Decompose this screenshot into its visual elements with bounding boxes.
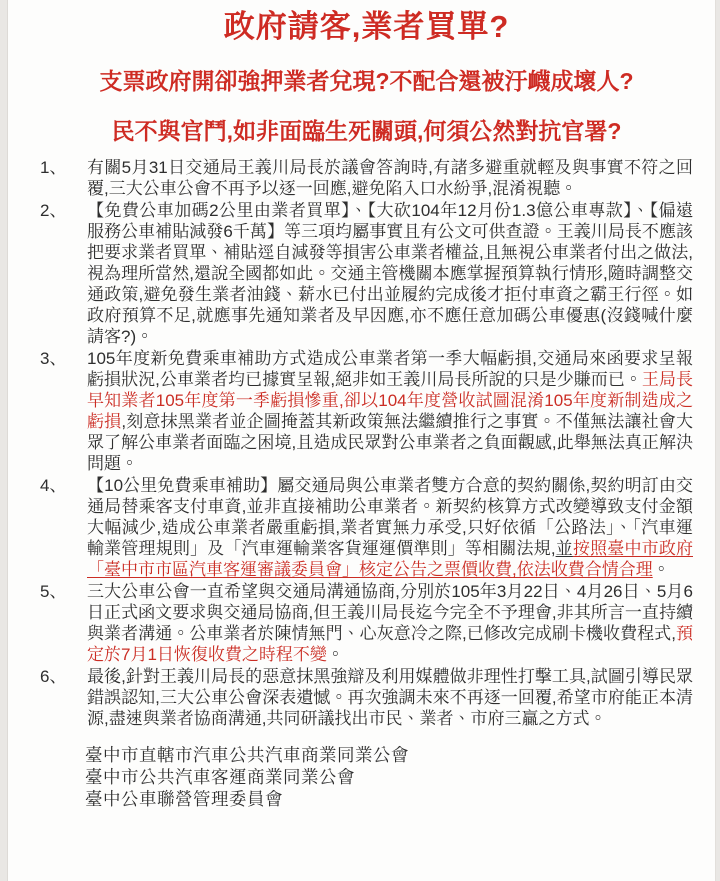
signature-association-2: 臺中市公共汽車客運商業同業公會 (85, 766, 693, 788)
item-text: 105年度新免費乘車補助方式造成公車業者第一季大幅虧損,交通局來函要求呈報虧損狀… (87, 347, 693, 474)
document-content: 政府請客,業者買單? 支票政府開卻強押業者兌現?不配合還被汙衊成壞人? 民不與官… (0, 0, 720, 810)
statement-list: 1、 有關5月31日交通局王義川局長於議會答詢時,有諸多避重就輕及與事實不符之回… (40, 156, 693, 729)
item-text: 【10公里免費乘車補助】屬交通局與公車業者雙方合意的契約關係,契約明訂由交通局替… (87, 474, 693, 580)
signature-association-3: 臺中公車聯營管理委員會 (85, 788, 693, 810)
item-text: 最後,針對王義川局長的惡意抹黑強辯及利用媒體做非理性打擊工具,試圖引導民眾錯誤認… (87, 665, 693, 729)
item-number: 4、 (40, 474, 87, 496)
text-run: 有關5月31日交通局王義川局長於議會答詢時,有諸多避重就輕及與事實不符之回覆,三… (87, 158, 693, 198)
text-run: 。 (653, 560, 670, 579)
text-run: 三大公車公會一直希望與交通局溝通協商,分別於105年3月22日、4月26日、5月… (87, 582, 693, 643)
statement-item-2: 2、 【免費公車加碼2公里由業者買單】、【大砍104年12月份1.3億公車專款】… (40, 199, 693, 347)
statement-item-1: 1、 有關5月31日交通局王義川局長於議會答詢時,有諸多避重就輕及與事實不符之回… (40, 156, 693, 199)
subtitle-line-1: 支票政府開卻強押業者兌現?不配合還被汙衊成壞人? (40, 67, 693, 95)
text-run: 【免費公車加碼2公里由業者買單】、【大砍104年12月份1.3億公車專款】、【偏… (87, 201, 693, 346)
text-run: 105年度新免費乘車補助方式造成公車業者第一季大幅虧損,交通局來函要求呈報虧損狀… (87, 349, 693, 389)
document-page: 政府請客,業者買單? 支票政府開卻強押業者兌現?不配合還被汙衊成壞人? 民不與官… (0, 0, 720, 881)
subtitle-line-2: 民不與官鬥,如非面臨生死關頭,何須公然對抗官署? (40, 117, 693, 145)
statement-item-5: 5、 三大公車公會一直希望與交通局溝通協商,分別於105年3月22日、4月26日… (40, 580, 693, 665)
signature-association-1: 臺中市直轄市汽車公共汽車商業同業公會 (85, 744, 693, 766)
signature-block: 臺中市直轄市汽車公共汽車商業同業公會 臺中市公共汽車客運商業同業公會 臺中公車聯… (85, 744, 693, 810)
text-run: 並 (556, 539, 573, 558)
item-text: 【免費公車加碼2公里由業者買單】、【大砍104年12月份1.3億公車專款】、【偏… (87, 199, 693, 347)
item-number: 6、 (40, 665, 87, 687)
item-text: 有關5月31日交通局王義川局長於議會答詢時,有諸多避重就輕及與事實不符之回覆,三… (87, 156, 693, 199)
page-title: 政府請客,業者買單? (40, 6, 693, 48)
item-text: 三大公車公會一直希望與交通局溝通協商,分別於105年3月22日、4月26日、5月… (87, 580, 693, 665)
text-run: ,刻意抹黑業者並企圖掩蓋其新政策無法繼續推行之事實。不僅無法讓社會大眾了解公車業… (87, 412, 693, 473)
item-number: 1、 (40, 156, 87, 178)
item-number: 5、 (40, 580, 87, 602)
statement-item-4: 4、 【10公里免費乘車補助】屬交通局與公車業者雙方合意的契約關係,契約明訂由交… (40, 474, 693, 580)
text-run: 。 (327, 645, 344, 664)
statement-item-6: 6、 最後,針對王義川局長的惡意抹黑強辯及利用媒體做非理性打擊工具,試圖引導民眾… (40, 665, 693, 729)
item-number: 2、 (40, 199, 87, 221)
item-number: 3、 (40, 347, 87, 369)
text-run: 最後,針對王義川局長的惡意抹黑強辯及利用媒體做非理性打擊工具,試圖引導民眾錯誤認… (87, 667, 693, 728)
statement-item-3: 3、 105年度新免費乘車補助方式造成公車業者第一季大幅虧損,交通局來函要求呈報… (40, 347, 693, 474)
